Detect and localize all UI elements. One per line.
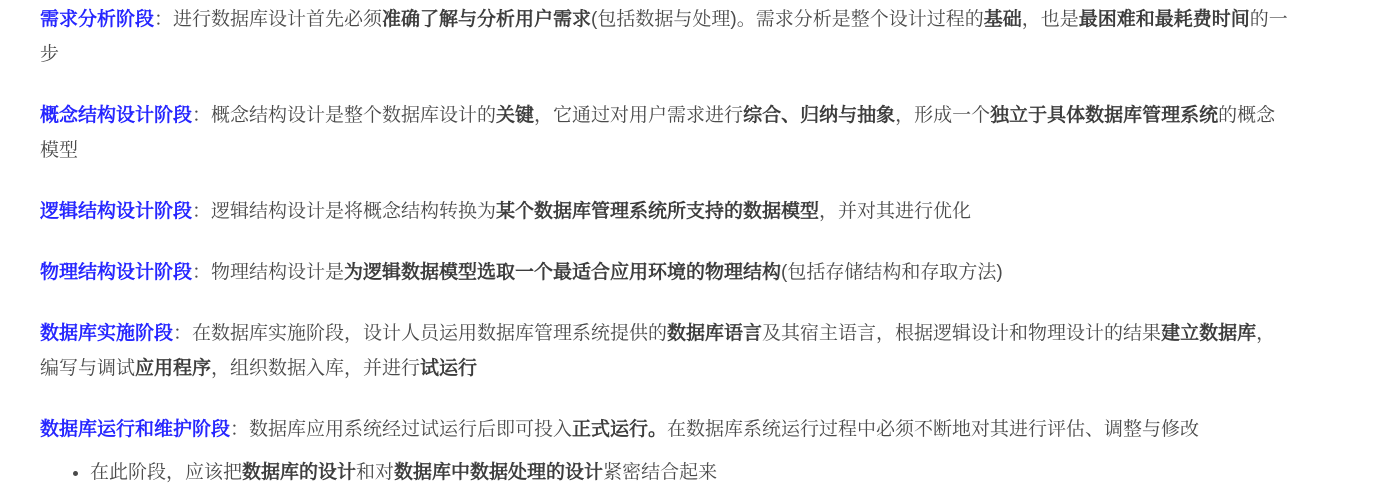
stage-paragraph: 需求分析阶段：进行数据库设计首先必须准确了解与分析用户需求(包括数据与处理)。需… (40, 2, 1290, 72)
text-segment: ：物理结构设计是 (192, 262, 344, 283)
bold-text-segment: 综合、归纳与抽象 (743, 105, 895, 126)
text-segment: (包括数据与处理)。需求分析是整个设计过程的 (591, 9, 984, 30)
stage-term: 物理结构设计阶段 (40, 262, 192, 283)
text-segment: ：数据库应用系统经过试运行后即可投入 (230, 419, 572, 440)
bold-text-segment: 最困难和最耗费时间 (1079, 9, 1250, 30)
text-segment: ，也是 (1022, 9, 1079, 30)
bold-text-segment: 关键 (496, 105, 534, 126)
text-segment: ，并对其进行优化 (819, 201, 971, 222)
text-segment: 和对 (356, 462, 394, 483)
text-segment: ：进行数据库设计首先必须 (154, 9, 382, 30)
bold-text-segment: 独立于具体数据库管理系统 (990, 105, 1218, 126)
bold-text-segment: 应用程序 (135, 358, 211, 379)
text-segment: ：在数据库实施阶段，设计人员运用数据库管理系统提供的 (173, 323, 667, 344)
stage-paragraph: 物理结构设计阶段：物理结构设计是为逻辑数据模型选取一个最适合应用环境的物理结构(… (40, 255, 1290, 290)
bold-text-segment: 数据库的设计 (242, 462, 356, 483)
stage-term: 需求分析阶段 (40, 9, 154, 30)
bold-text-segment: 试运行 (420, 358, 477, 379)
stage-term: 概念结构设计阶段 (40, 105, 192, 126)
stage-term: 数据库运行和维护阶段 (40, 419, 230, 440)
text-segment: 紧密结合起来 (603, 462, 717, 483)
text-segment: ，它通过对用户需求进行 (534, 105, 743, 126)
text-segment: 在数据库系统运行过程中必须不断地对其进行评估、调整与修改 (667, 419, 1199, 440)
text-segment: 在此阶段，应该把 (90, 462, 242, 483)
note-bullet-list: 在此阶段，应该把数据库的设计和对数据库中数据处理的设计紧密结合起来 (68, 455, 1290, 490)
bold-text-segment: 数据库中数据处理的设计 (394, 462, 603, 483)
document-body: 需求分析阶段：进行数据库设计首先必须准确了解与分析用户需求(包括数据与处理)。需… (0, 0, 1330, 490)
bullet-item: 在此阶段，应该把数据库的设计和对数据库中数据处理的设计紧密结合起来 (90, 455, 1290, 490)
text-segment: 及其宿主语言，根据逻辑设计和物理设计的结果 (762, 323, 1161, 344)
text-segment: (包括存储结构和存取方法) (781, 262, 1003, 283)
bold-text-segment: 建立数据库 (1161, 323, 1256, 344)
text-segment: ：概念结构设计是整个数据库设计的 (192, 105, 496, 126)
bold-text-segment: 正式运行。 (572, 419, 667, 440)
stage-term: 逻辑结构设计阶段 (40, 201, 192, 222)
stage-paragraph: 概念结构设计阶段：概念结构设计是整个数据库设计的关键，它通过对用户需求进行综合、… (40, 98, 1290, 168)
stage-paragraph: 数据库实施阶段：在数据库实施阶段，设计人员运用数据库管理系统提供的数据库语言及其… (40, 316, 1290, 386)
bold-text-segment: 数据库语言 (667, 323, 762, 344)
stage-paragraph: 数据库运行和维护阶段：数据库应用系统经过试运行后即可投入正式运行。在数据库系统运… (40, 412, 1290, 447)
bold-text-segment: 准确了解与分析用户需求 (382, 9, 591, 30)
text-segment: ，形成一个 (895, 105, 990, 126)
stage-paragraph: 逻辑结构设计阶段：逻辑结构设计是将概念结构转换为某个数据库管理系统所支持的数据模… (40, 194, 1290, 229)
bold-text-segment: 基础 (984, 9, 1022, 30)
text-segment: ：逻辑结构设计是将概念结构转换为 (192, 201, 496, 222)
bold-text-segment: 某个数据库管理系统所支持的数据模型 (496, 201, 819, 222)
stage-term: 数据库实施阶段 (40, 323, 173, 344)
text-segment: ，组织数据入库，并进行 (211, 358, 420, 379)
bold-text-segment: 为逻辑数据模型选取一个最适合应用环境的物理结构 (344, 262, 781, 283)
